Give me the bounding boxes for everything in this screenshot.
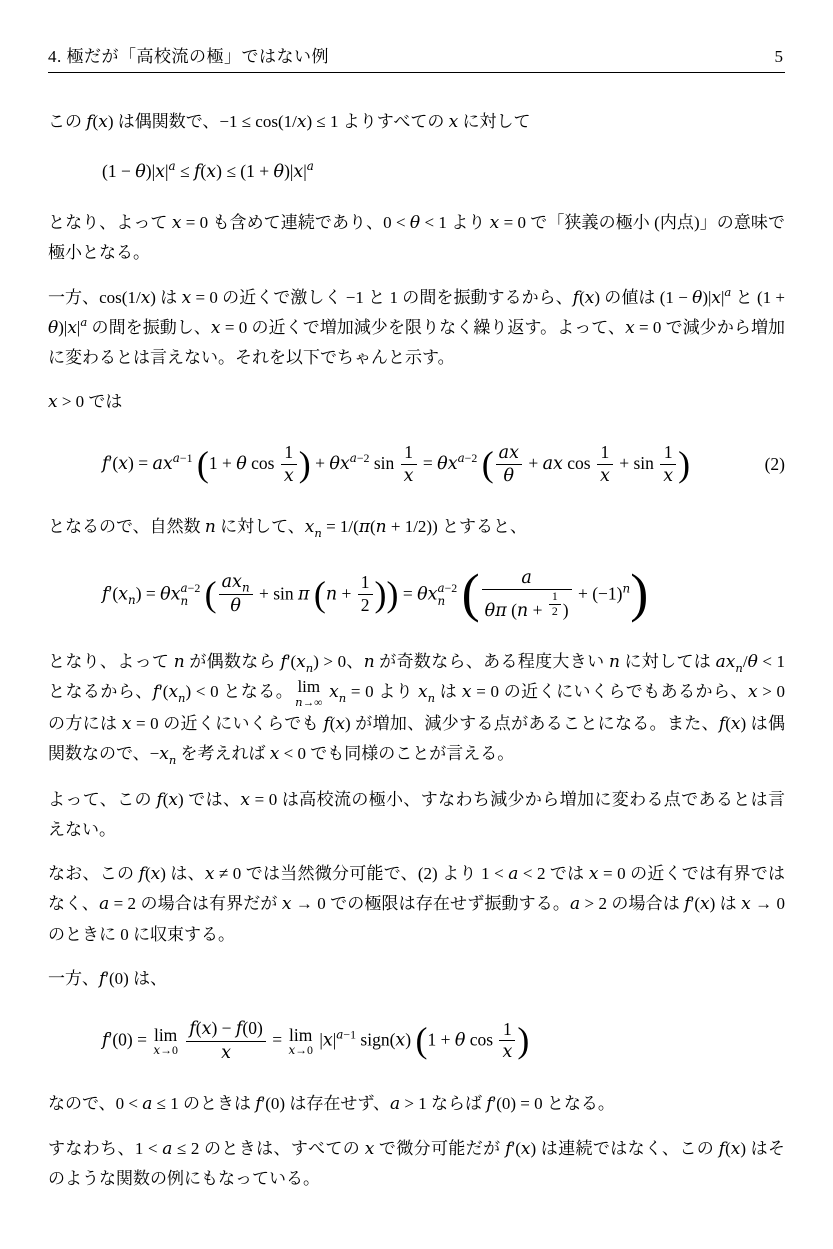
section-heading: 4. 極だが「高校流の極」ではない例 — [48, 42, 329, 67]
paragraph-x-positive-lead: x > 0 では — [48, 387, 785, 417]
equation-number: (2) — [765, 454, 785, 476]
paragraph-xn-definition: となるので、自然数 n に対して、xn = 1/(π(n + 1/2)) とする… — [48, 512, 785, 542]
page-header: 4. 極だが「高校流の極」ではない例 5 — [48, 42, 785, 72]
formula-derivative-at-xn: f′(xn) = θxa−2n (axnθ + sin π (n + 12)) … — [48, 567, 785, 624]
formula-f-prime-at-zero: f′(0) = limx→0 f(x) − f(0)x = limx→0 |x|… — [48, 1018, 785, 1065]
paragraph-even-function-intro: この f(x) は偶関数で、−1 ≤ cos(1/x) ≤ 1 よりすべての x… — [48, 107, 785, 137]
paragraph-differentiability-cases: なお、この f(x) は、x ≠ 0 では当然微分可能で、(2) より 1 < … — [48, 859, 785, 949]
paragraph-f-prime-zero-lead: 一方、f′(0) は、 — [48, 964, 785, 994]
header-rule — [48, 72, 785, 73]
formula-bounds-inequality: (1 − θ)|x|a ≤ f(x) ≤ (1 + θ)|x|a — [48, 161, 785, 184]
document-page: 4. 極だが「高校流の極」ではない例 5 この f(x) は偶関数で、−1 ≤ … — [0, 0, 833, 1249]
paragraph-conclusion-not-hs-min: よって、この f(x) では、x = 0 は高校流の極小、すなわち減少から増加に… — [48, 785, 785, 844]
paragraph-continuity-strict-min: となり、よって x = 0 も含めて連続であり、0 < θ < 1 より x =… — [48, 208, 785, 267]
paragraph-oscillation: 一方、cos(1/x) は x = 0 の近くで激しく −1 と 1 の間を振動… — [48, 283, 785, 373]
formula-derivative-eq2: f′(x) = axa−1 (1 + θ cos 1x) + θxa−2 sin… — [48, 442, 785, 489]
paragraph-final-remark: すなわち、1 < a ≤ 2 のときは、すべての x で微分可能だが f′(x)… — [48, 1134, 785, 1193]
paragraph-sign-analysis: となり、よって n が偶数なら f′(xn) > 0、n が奇数なら、ある程度大… — [48, 647, 785, 770]
paragraph-f-prime-zero-result: なので、0 < a ≤ 1 のときは f′(0) は存在せず、a > 1 ならば… — [48, 1089, 785, 1119]
page-number: 5 — [775, 47, 784, 67]
formula-derivative-eq2-body: f′(x) = axa−1 (1 + θ cos 1x) + θxa−2 sin… — [102, 453, 690, 473]
